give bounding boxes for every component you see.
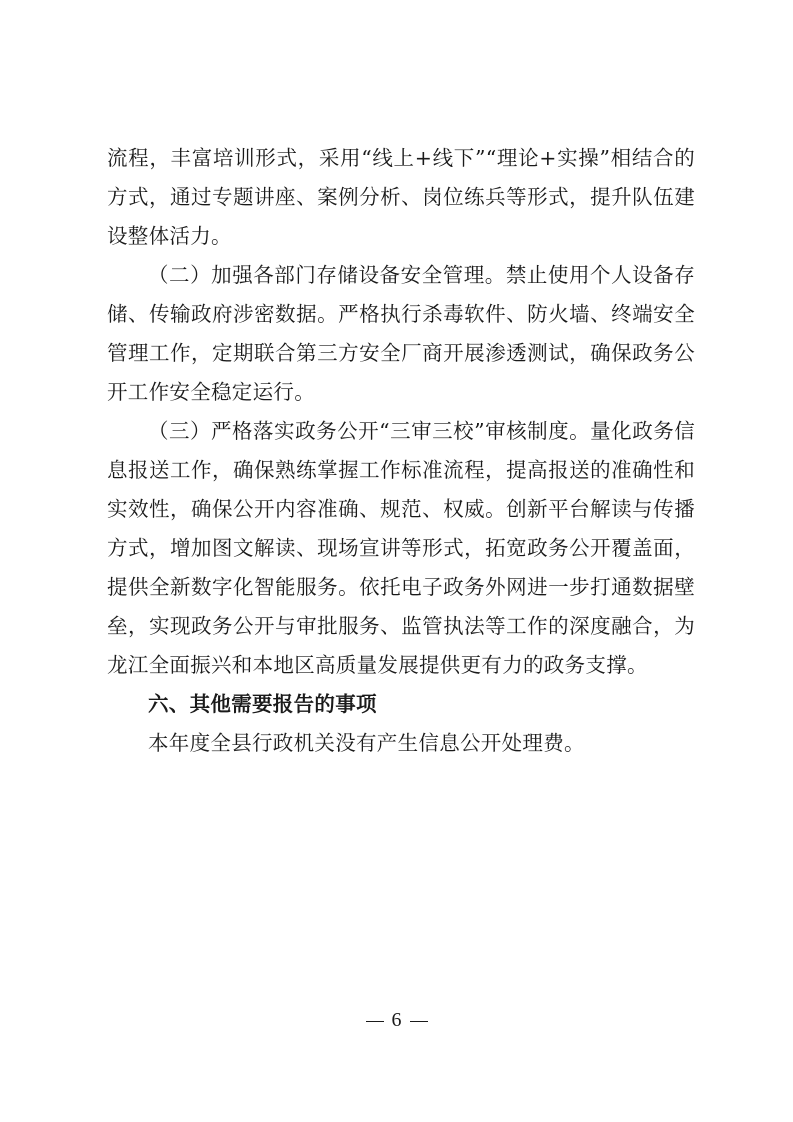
paragraph-item-2: （二）加强各部门存储设备安全管理。禁止使用个人设备存储、传输政府涉密数据。严格执… bbox=[107, 256, 695, 412]
item-lead-heading: （三）严格落实政务公开“三审三校”审核制度。 bbox=[148, 419, 590, 443]
section-heading: 六、其他需要报告的事项 bbox=[107, 685, 695, 724]
dash-right-decoration bbox=[410, 1021, 428, 1022]
dash-left-decoration bbox=[366, 1021, 384, 1022]
paragraph-text: 量化政务信息报送工作，确保熟练掌握工作标准流程，提高报送的准确性和实效性，确保公… bbox=[107, 419, 695, 677]
paragraph-training-continuation: 流程，丰富培训形式，采用“线上+线下”“理论+实操”相结合的方式，通过专题讲座、… bbox=[107, 139, 695, 256]
paragraph-text: 流程，丰富培训形式，采用“线上+线下”“理论+实操”相结合的方式，通过专题讲座、… bbox=[107, 146, 695, 248]
item-lead-heading: （二）加强各部门存储设备安全管理。 bbox=[148, 263, 506, 287]
paragraph-item-3: （三）严格落实政务公开“三审三校”审核制度。量化政务信息报送工作，确保熟练掌握工… bbox=[107, 412, 695, 685]
page-number: 6 bbox=[392, 1009, 402, 1031]
document-body: 流程，丰富培训形式，采用“线上+线下”“理论+实操”相结合的方式，通过专题讲座、… bbox=[107, 139, 695, 763]
section-body: 本年度全县行政机关没有产生信息公开处理费。 bbox=[107, 724, 695, 763]
page-footer: 6 bbox=[0, 1009, 793, 1032]
